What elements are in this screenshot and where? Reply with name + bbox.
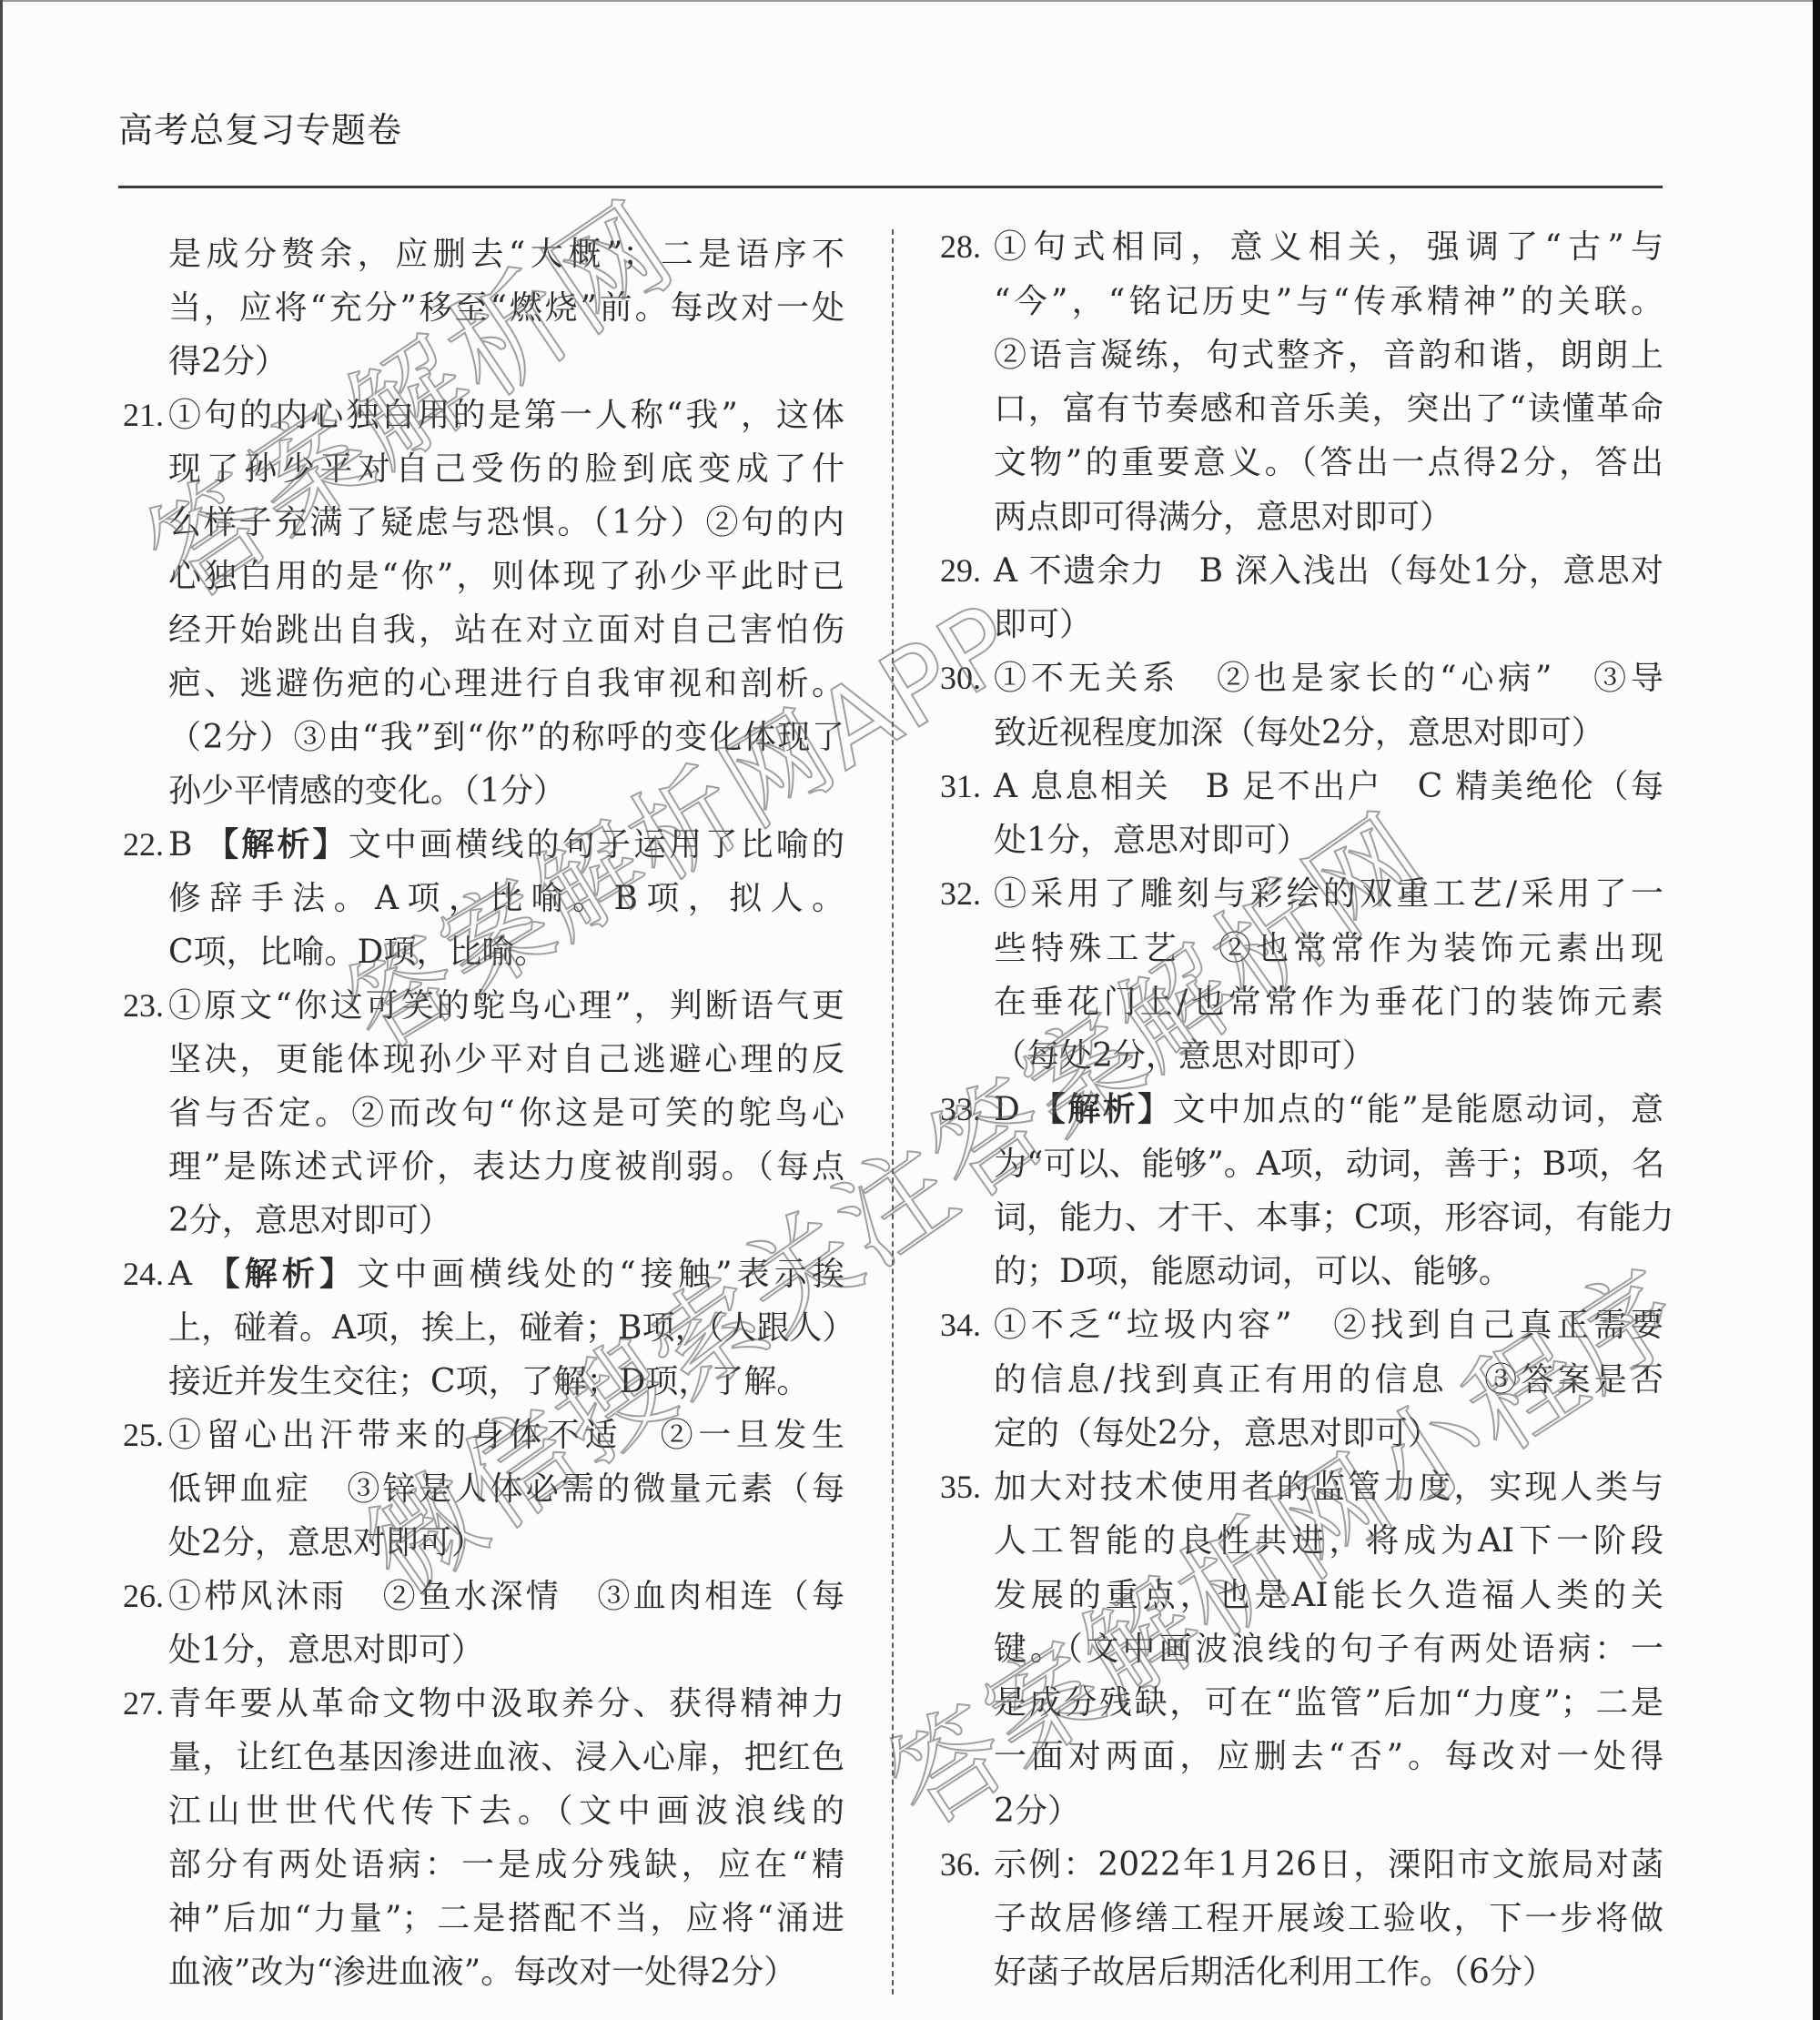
answer-line: 处2分，意思对即可）	[168, 1516, 844, 1570]
line-text: 血液”改为“渗进血液”。每改对一处得2分）	[168, 1954, 796, 1991]
answer-line: 是成分残缺，可在“监管”后加“力度”；二是	[994, 1676, 1663, 1730]
answer-line: 是成分赘余，应删去“大概”；二是语序不	[168, 227, 844, 281]
line-text: 键。（文中画波浪线的句子有两处语病：一	[994, 1631, 1663, 1668]
answer-item-26: 26.①栉风沐雨 ②鱼水深情 ③血肉相连（每 处1分，意思对即可）	[168, 1570, 844, 1677]
answer-item-27: 27.青年要从革命文物中汲取养分、获得精神力 量，让红色基因渗进血液、浸入心扉，…	[168, 1677, 844, 1999]
answer-line: 口，富有节奏感和音乐美，突出了“读懂革命	[994, 382, 1663, 436]
answer-item-28: 28.①句式相同，意义相关，强调了“古”与 “今”，“铭记历史”与“传承精神”的…	[994, 220, 1663, 544]
answer-item-20-continued: 是成分赘余，应删去“大概”；二是语序不 当，应将“充分”移至“燃烧”前。每改对一…	[168, 227, 844, 389]
line-text: （每处2分，意思对即可）	[994, 1037, 1375, 1075]
line-text: A 不遗余力 B 深入浅出（每处1分，意思对	[994, 552, 1663, 590]
question-number: 33.	[940, 1083, 981, 1136]
answer-line: 理”是陈述式评价，表达力度被削弱。（每点	[168, 1140, 844, 1194]
line-text: 口，富有节奏感和音乐美，突出了“读懂革命	[994, 390, 1663, 428]
line-text: （2分）③由“我”到“你”的称呼的变化体现了	[168, 719, 844, 756]
question-number: 32.	[940, 867, 981, 921]
answer-line: 修辞手法。A项，比喻。B项，拟人。	[168, 872, 844, 925]
answer-line: 现了孙少平对自己受伤的脸到底变成了什	[168, 442, 844, 496]
answer-line: 26.①栉风沐雨 ②鱼水深情 ③血肉相连（每	[168, 1570, 844, 1623]
question-number: 25.	[123, 1409, 164, 1462]
answer-item-24: 24.A 【解析】文中画横线处的“接触”表示挨 上，碰着。A项，挨上，碰着；B项…	[168, 1247, 844, 1409]
line-text: 修辞手法。A项，比喻。B项，拟人。	[168, 880, 844, 917]
answer-choice: D	[994, 1091, 1033, 1128]
answer-line: 22.B 【解析】文中画横线的句子运用了比喻的	[168, 818, 844, 872]
question-number: 21.	[123, 389, 164, 442]
left-column: 是成分赘余，应删去“大概”；二是语序不 当，应将“充分”移至“燃烧”前。每改对一…	[168, 227, 844, 2000]
question-number: 30.	[940, 651, 981, 705]
answer-line: 30.①不无关系 ②也是家长的“心病” ③导	[994, 651, 1663, 705]
answer-line: 34.①不乏“垃圾内容” ②找到自己真正需要	[994, 1298, 1663, 1352]
answer-line: 35.加大对技术使用者的监管力度，实现人类与	[994, 1460, 1663, 1514]
line-text: 疤、逃避伤疤的心理进行自我审视和剖析。	[168, 665, 844, 702]
answer-line: 孙少平情感的变化。（1分）	[168, 764, 844, 818]
answer-line: 为“可以、能够”。A项，动词，善于；B项，名	[994, 1137, 1663, 1191]
line-text: 的；D项，能愿动词，可以、能够。	[994, 1253, 1512, 1290]
line-text: 处2分，意思对即可）	[168, 1524, 484, 1561]
line-text: A 息息相关 B 足不出户 C 精美绝伦（每	[994, 768, 1663, 805]
answer-item-31: 31.A 息息相关 B 足不出户 C 精美绝伦（每 处1分，意思对即可）	[994, 760, 1663, 868]
answer-line: 发展的重点，也是AI能长久造福人类的关	[994, 1569, 1663, 1622]
answer-item-34: 34.①不乏“垃圾内容” ②找到自己真正需要 的信息/找到真正有用的信息 ③答案…	[994, 1298, 1663, 1460]
line-text: 定的（每处2分，意思对即可）	[994, 1415, 1441, 1452]
answer-line: （2分）③由“我”到“你”的称呼的变化体现了	[168, 711, 844, 764]
answer-line: 江山世世代代传下去。（文中画波浪线的	[168, 1784, 844, 1838]
line-text: 的信息/找到真正有用的信息 ③答案是否	[994, 1361, 1663, 1399]
scan-edge-top	[0, 0, 1820, 2]
answer-line: 坚决，更能体现孙少平对自己逃避心理的反	[168, 1033, 844, 1086]
answer-line: 31.A 息息相关 B 足不出户 C 精美绝伦（每	[994, 760, 1663, 813]
question-number: 23.	[123, 979, 164, 1033]
answer-line: 即可）	[994, 598, 1663, 651]
answer-item-32: 32.①采用了雕刻与彩绘的双重工艺/采用了一 些特殊工艺 ②也常常作为装饰元素出…	[994, 867, 1663, 1083]
analysis-label: 【解析】	[1033, 1091, 1173, 1128]
line-text: 文物”的重要意义。（答出一点得2分，答出	[994, 444, 1663, 481]
column-divider	[892, 229, 894, 1995]
line-text: 文中画横线的句子运用了比喻的	[349, 826, 844, 864]
answer-line: 量，让红色基因渗进血液、浸入心扉，把红色	[168, 1731, 844, 1784]
answer-line: 经开始跳出自我，站在对立面对自己害怕伤	[168, 603, 844, 657]
line-text: 示例：2022年1月26日，溧阳市文旅局对菡	[994, 1846, 1663, 1884]
line-text: ①句的内心独白用的是第一人称“我”，这体	[168, 397, 844, 434]
line-text: ①栉风沐雨 ②鱼水深情 ③血肉相连（每	[168, 1578, 844, 1615]
line-text: 上，碰着。A项，挨上，碰着；B项，（人跟人）	[168, 1309, 854, 1347]
line-text: 孙少平情感的变化。（1分）	[168, 773, 566, 810]
answer-line: 32.①采用了雕刻与彩绘的双重工艺/采用了一	[994, 867, 1663, 921]
answer-line: 疤、逃避伤疤的心理进行自我审视和剖析。	[168, 657, 844, 711]
answer-line: 么样子充满了疑虑与恐惧。（1分）②句的内	[168, 496, 844, 550]
right-column: 28.①句式相同，意义相关，强调了“古”与 “今”，“铭记历史”与“传承精神”的…	[994, 220, 1663, 1999]
answer-line: 当，应将“充分”移至“燃烧”前。每改对一处	[168, 281, 844, 335]
line-text: ②语言凝练，句式整齐，音韵和谐，朗朗上	[994, 337, 1663, 374]
line-text: 坚决，更能体现孙少平对自己逃避心理的反	[168, 1041, 844, 1078]
line-text: 为“可以、能够”。A项，动词，善于；B项，名	[994, 1146, 1664, 1183]
line-text: ①原文“你这可笑的鸵鸟心理”，判断语气更	[168, 987, 844, 1025]
answer-line: 两点即可得满分，意思对即可）	[994, 490, 1663, 544]
answer-item-21: 21.①句的内心独白用的是第一人称“我”，这体 现了孙少平对自己受伤的脸到底变成…	[168, 389, 844, 818]
answer-line: 的信息/找到真正有用的信息 ③答案是否	[994, 1353, 1663, 1407]
answer-item-29: 29.A 不遗余力 B 深入浅出（每处1分，意思对 即可）	[994, 544, 1663, 652]
question-number: 31.	[940, 760, 981, 813]
answer-line: 好菡子故居后期活化利用工作。（6分）	[994, 1945, 1663, 1999]
line-text: 低钾血症 ③锌是人体必需的微量元素（每	[168, 1470, 844, 1508]
line-text: 量，让红色基因渗进血液、浸入心扉，把红色	[168, 1739, 844, 1776]
line-text: 文中画横线处的“接触”表示挨	[357, 1256, 844, 1293]
question-number: 22.	[123, 818, 164, 872]
line-text: 人工智能的良性共进，将成为AI下一阶段	[994, 1522, 1663, 1560]
answer-line: 文物”的重要意义。（答出一点得2分，答出	[994, 436, 1663, 490]
answer-line: ②语言凝练，句式整齐，音韵和谐，朗朗上	[994, 328, 1663, 382]
question-number: 34.	[940, 1298, 981, 1352]
line-text: 好菡子故居后期活化利用工作。（6分）	[994, 1954, 1555, 1991]
question-number: 27.	[123, 1677, 164, 1731]
line-text: 两点即可得满分，意思对即可）	[994, 499, 1452, 536]
answer-line: 29.A 不遗余力 B 深入浅出（每处1分，意思对	[994, 544, 1663, 598]
question-number: 35.	[940, 1460, 981, 1514]
line-text: 当，应将“充分”移至“燃烧”前。每改对一处	[168, 289, 844, 327]
answer-line: 28.①句式相同，意义相关，强调了“古”与	[994, 220, 1663, 274]
line-text: 部分有两处语病：一是成分残缺，应在“精	[168, 1846, 844, 1884]
answer-item-25: 25.①留心出汗带来的身体不适 ②一旦发生 低钾血症 ③锌是人体必需的微量元素（…	[168, 1409, 844, 1570]
line-text: 神”后加“力量”；二是搭配不当，应将“涌进	[168, 1900, 844, 1937]
line-text: 些特殊工艺 ②也常常作为装饰元素出现	[994, 930, 1663, 967]
answer-line: 21.①句的内心独白用的是第一人称“我”，这体	[168, 389, 844, 442]
line-text: ①采用了雕刻与彩绘的双重工艺/采用了一	[994, 875, 1663, 913]
page-header-title: 高考总复习专题卷	[118, 110, 402, 150]
answer-line: 得2分）	[168, 335, 844, 389]
answer-line: “今”，“铭记历史”与“传承精神”的关联。	[994, 275, 1663, 328]
line-text: 发展的重点，也是AI能长久造福人类的关	[994, 1577, 1663, 1614]
line-text: 加大对技术使用者的监管力度，实现人类与	[994, 1469, 1663, 1506]
answer-line: 接近并发生交往；C项，了解；D项，了解。	[168, 1355, 844, 1409]
answer-line: 上，碰着。A项，挨上，碰着；B项，（人跟人）	[168, 1301, 844, 1355]
scan-edge-left	[0, 0, 3, 2020]
line-text: ①不乏“垃圾内容” ②找到自己真正需要	[994, 1307, 1663, 1344]
line-text: ①不无关系 ②也是家长的“心病” ③导	[994, 660, 1663, 697]
answer-choice: A	[168, 1256, 207, 1293]
line-text: 2分，意思对即可）	[168, 1202, 451, 1239]
answer-line: 2分，意思对即可）	[168, 1194, 844, 1247]
answer-line: 的；D项，能愿动词，可以、能够。	[994, 1245, 1663, 1298]
line-text: ①留心出汗带来的身体不适 ②一旦发生	[168, 1417, 844, 1454]
line-text: ①句式相同，意义相关，强调了“古”与	[994, 228, 1663, 266]
answer-item-30: 30.①不无关系 ②也是家长的“心病” ③导 致近视程度加深（每处2分，意思对即…	[994, 651, 1663, 760]
line-text: 词，能力、才干、本事；C项，形容词，有能力	[994, 1199, 1674, 1237]
answer-line: 27.青年要从革命文物中汲取养分、获得精神力	[168, 1677, 844, 1731]
answer-line: 定的（每处2分，意思对即可）	[994, 1407, 1663, 1460]
answer-line: C项，比喻。D项，比喻。	[168, 925, 844, 979]
answer-line: 词，能力、才干、本事；C项，形容词，有能力	[994, 1191, 1663, 1245]
line-text: 子故居修缮工程开展竣工验收，下一步将做	[994, 1900, 1663, 1937]
line-text: “今”，“铭记历史”与“传承精神”的关联。	[994, 283, 1663, 320]
answer-item-33: 33.D 【解析】文中加点的“能”是能愿动词，意 为“可以、能够”。A项，动词，…	[994, 1083, 1663, 1298]
answer-line: 血液”改为“渗进血液”。每改对一处得2分）	[168, 1945, 844, 1999]
analysis-label: 【解析】	[207, 1256, 358, 1293]
line-text: 省与否定。②而改句“你这是可笑的鸵鸟心	[168, 1095, 844, 1132]
line-text: 一面对两面，应删去“否”。每改对一处得	[994, 1738, 1663, 1775]
answer-line: 处1分，意思对即可）	[168, 1623, 844, 1677]
line-text: 江山世世代代传下去。（文中画波浪线的	[168, 1793, 844, 1830]
answer-line: 省与否定。②而改句“你这是可笑的鸵鸟心	[168, 1086, 844, 1140]
answer-line: 低钾血症 ③锌是人体必需的微量元素（每	[168, 1462, 844, 1516]
answer-line: 25.①留心出汗带来的身体不适 ②一旦发生	[168, 1409, 844, 1462]
line-text: 现了孙少平对自己受伤的脸到底变成了什	[168, 450, 844, 488]
line-text: 是成分赘余，应删去“大概”；二是语序不	[168, 236, 844, 273]
answer-line: 部分有两处语病：一是成分残缺，应在“精	[168, 1838, 844, 1892]
answer-line: 神”后加“力量”；二是搭配不当，应将“涌进	[168, 1892, 844, 1945]
scan-edge-right	[1813, 0, 1820, 2020]
line-text: 心独白用的是“你”，则体现了孙少平此时已	[168, 558, 844, 595]
answer-line: 23.①原文“你这可笑的鸵鸟心理”，判断语气更	[168, 979, 844, 1033]
question-number: 24.	[123, 1247, 164, 1301]
answer-choice: B	[168, 826, 206, 864]
question-number: 29.	[940, 544, 981, 598]
line-text: 得2分）	[168, 343, 288, 380]
answer-line: （每处2分，意思对即可）	[994, 1029, 1663, 1083]
answer-item-36: 36.示例：2022年1月26日，溧阳市文旅局对菡 子故居修缮工程开展竣工验收，…	[994, 1838, 1663, 2000]
line-text: C项，比喻。D项，比喻。	[168, 934, 547, 971]
answer-line: 致近视程度加深（每处2分，意思对即可）	[994, 706, 1663, 760]
header-divider	[118, 186, 1663, 188]
answer-line: 键。（文中画波浪线的句子有两处语病：一	[994, 1622, 1663, 1676]
line-text: 即可）	[994, 606, 1092, 643]
line-text: 是成分残缺，可在“监管”后加“力度”；二是	[994, 1684, 1663, 1722]
line-text: 经开始跳出自我，站在对立面对自己害怕伤	[168, 611, 844, 649]
line-text: 青年要从革命文物中汲取养分、获得精神力	[168, 1685, 844, 1722]
question-number: 28.	[940, 220, 981, 274]
answer-line: 心独白用的是“你”，则体现了孙少平此时已	[168, 550, 844, 603]
line-text: 2分）	[994, 1793, 1080, 1830]
answer-line: 子故居修缮工程开展竣工验收，下一步将做	[994, 1892, 1663, 1945]
answer-item-22: 22.B 【解析】文中画横线的句子运用了比喻的 修辞手法。A项，比喻。B项，拟人…	[168, 818, 844, 979]
answer-item-23: 23.①原文“你这可笑的鸵鸟心理”，判断语气更 坚决，更能体现孙少平对自己逃避心…	[168, 979, 844, 1247]
line-text: 致近视程度加深（每处2分，意思对即可）	[994, 714, 1604, 752]
answer-line: 36.示例：2022年1月26日，溧阳市文旅局对菡	[994, 1838, 1663, 1892]
question-number: 36.	[940, 1838, 981, 1892]
answer-line: 处1分，意思对即可）	[994, 813, 1663, 867]
line-text: 理”是陈述式评价，表达力度被削弱。（每点	[168, 1148, 844, 1186]
line-text: 处1分，意思对即可）	[994, 822, 1309, 859]
answer-line: 一面对两面，应删去“否”。每改对一处得	[994, 1730, 1663, 1783]
answer-line: 人工智能的良性共进，将成为AI下一阶段	[994, 1514, 1663, 1568]
answer-item-35: 35.加大对技术使用者的监管力度，实现人类与 人工智能的良性共进，将成为AI下一…	[994, 1460, 1663, 1838]
line-text: 文中加点的“能”是能愿动词，意	[1173, 1091, 1663, 1128]
line-text: 么样子充满了疑虑与恐惧。（1分）②句的内	[168, 504, 844, 541]
answer-line: 33.D 【解析】文中加点的“能”是能愿动词，意	[994, 1083, 1663, 1136]
answer-line: 在垂花门上/也常常作为垂花门的装饰元素	[994, 975, 1663, 1029]
answer-line: 些特殊工艺 ②也常常作为装饰元素出现	[994, 922, 1663, 975]
answer-line: 24.A 【解析】文中画横线处的“接触”表示挨	[168, 1247, 844, 1301]
question-number: 26.	[123, 1570, 164, 1623]
analysis-label: 【解析】	[206, 826, 349, 864]
answer-line: 2分）	[994, 1784, 1663, 1838]
line-text: 处1分，意思对即可）	[168, 1631, 484, 1669]
line-text: 接近并发生交往；C项，了解；D项，了解。	[168, 1363, 809, 1400]
line-text: 在垂花门上/也常常作为垂花门的装饰元素	[994, 984, 1663, 1021]
